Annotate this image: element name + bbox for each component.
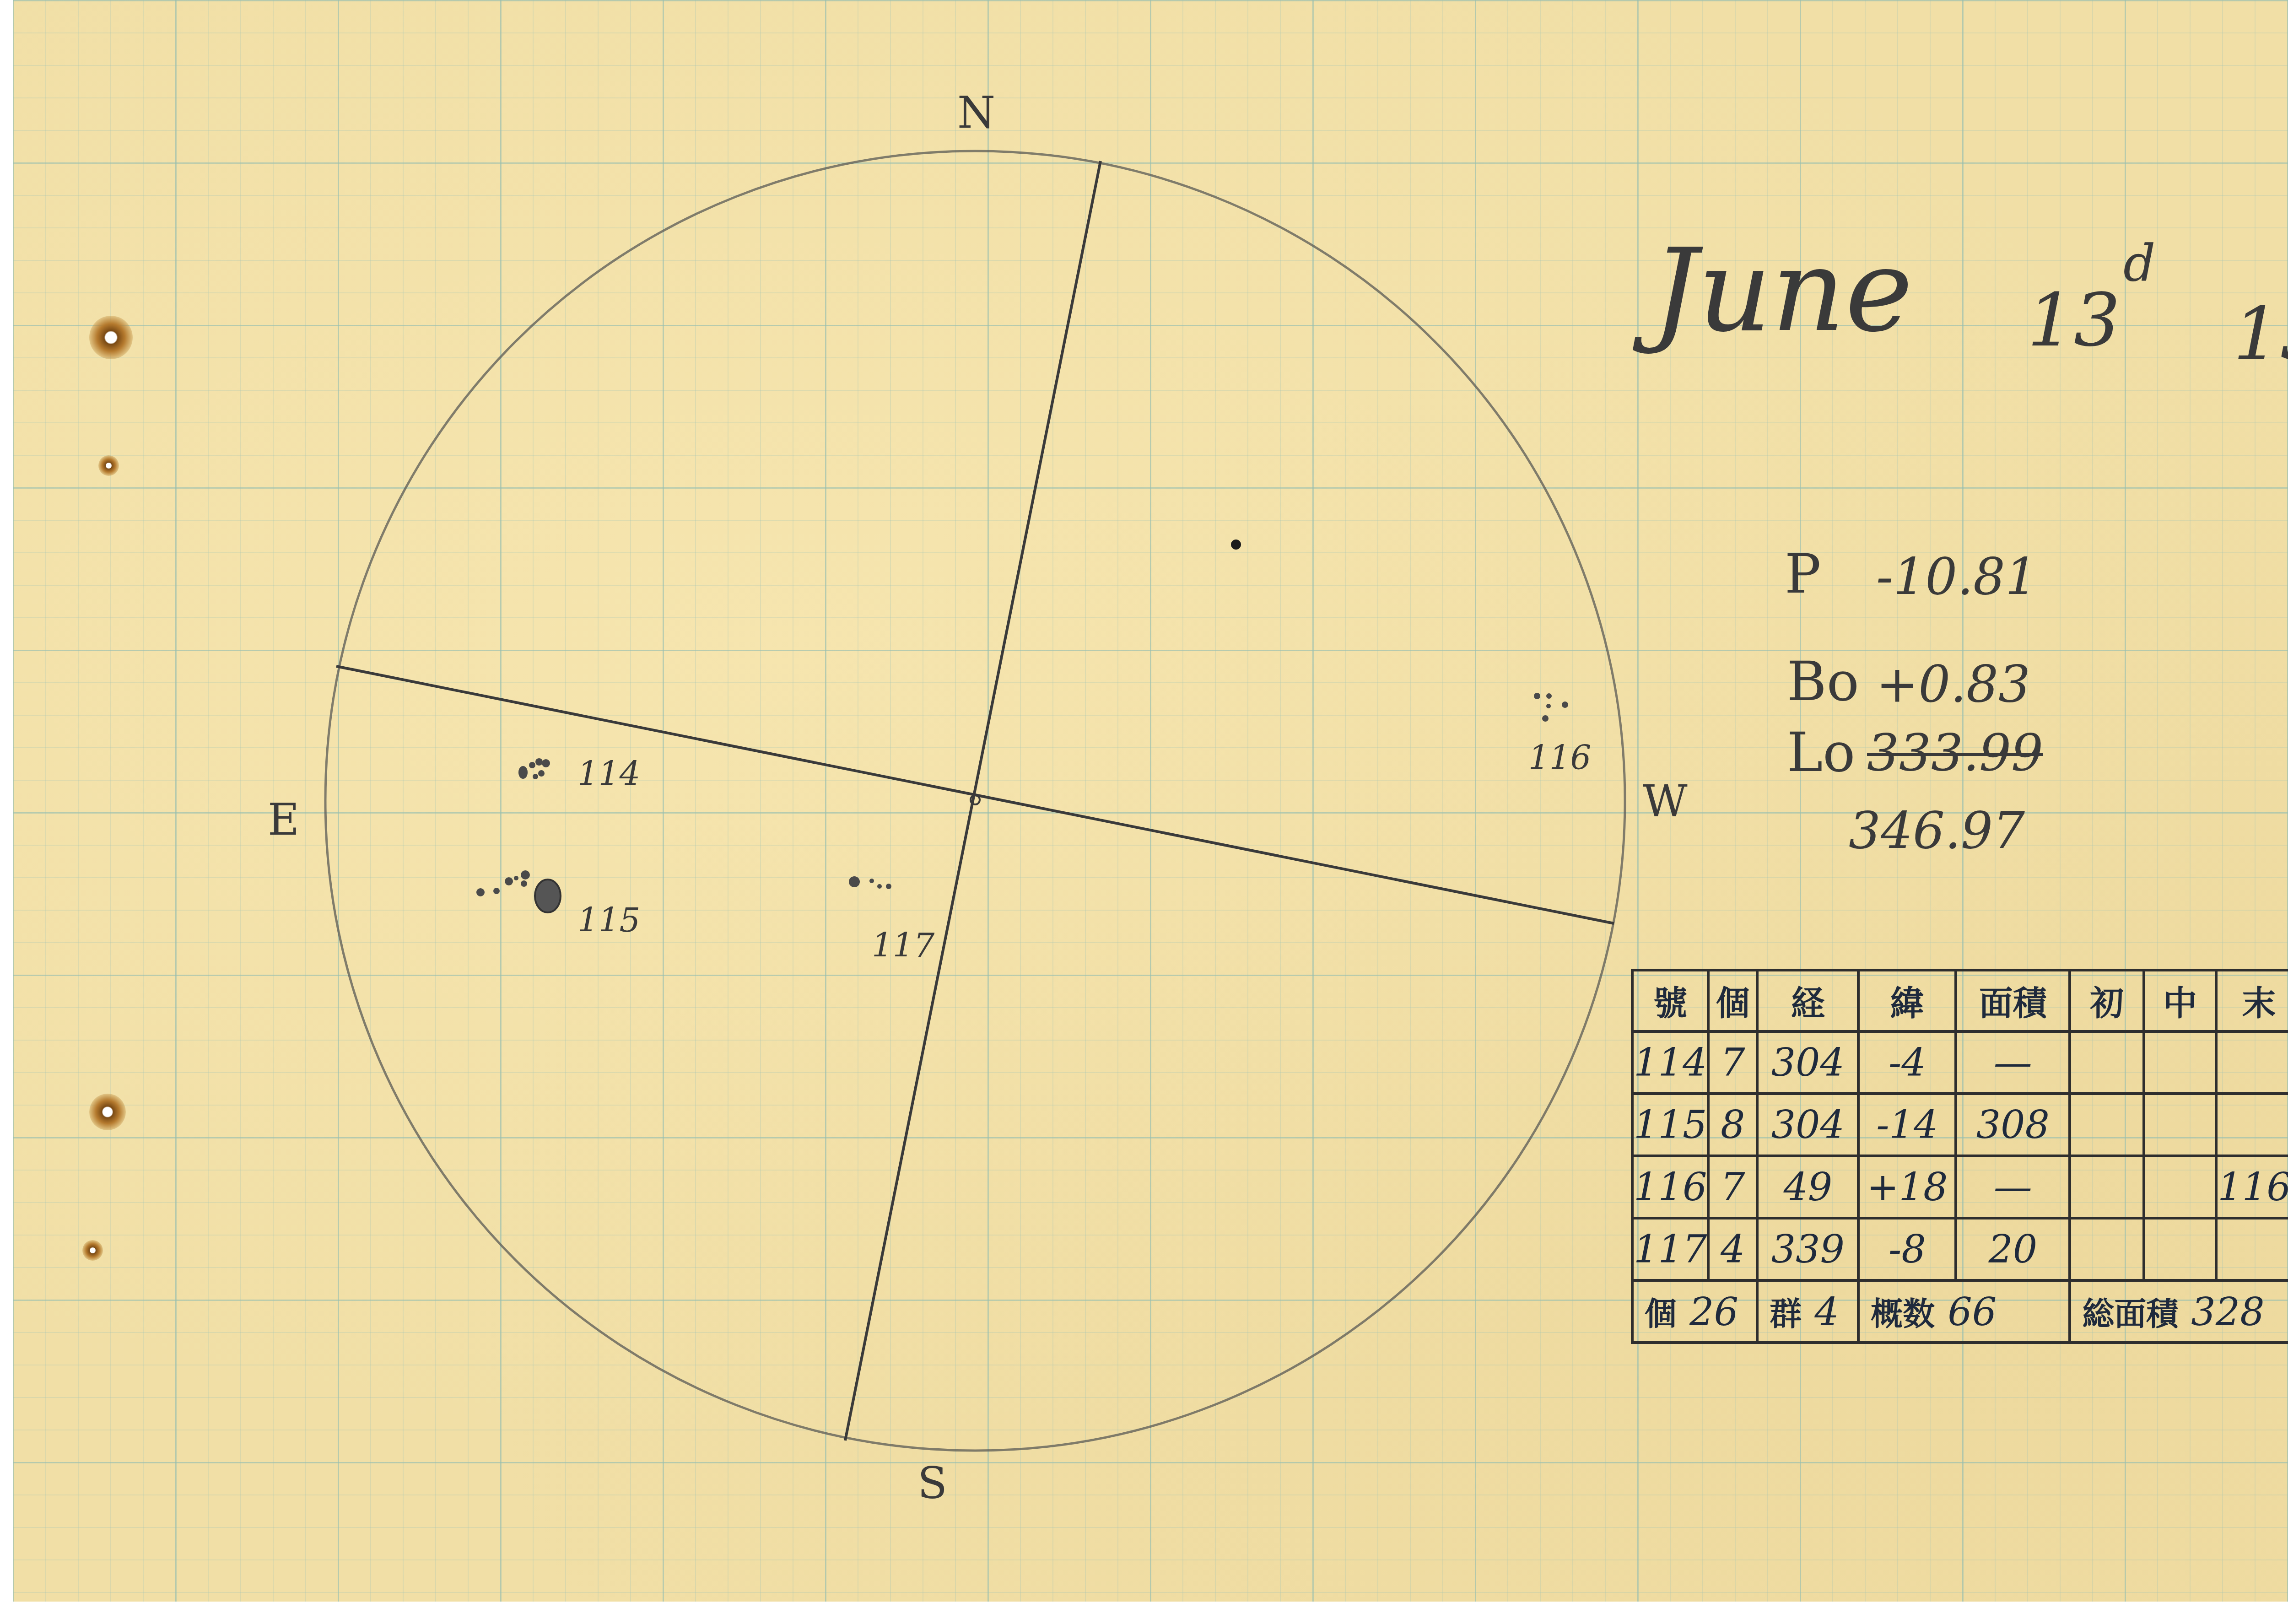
- b0-value: +0.83: [1876, 659, 2030, 709]
- l0-value: 346.97: [1849, 805, 2025, 856]
- direction-east-label: E: [268, 799, 299, 842]
- table-row: 115 8 304 -14 308: [1632, 1094, 2288, 1156]
- total-spots-label: 個: [1645, 1295, 1677, 1333]
- cell-area: —: [1956, 1031, 2070, 1094]
- relative-number-value: 66: [1948, 1289, 1997, 1334]
- cell-latitude: -4: [1858, 1031, 1956, 1094]
- sunspot-group-114: [518, 758, 550, 779]
- cell-area: 20: [1956, 1218, 2070, 1280]
- cell-longitude: 304: [1757, 1094, 1858, 1156]
- total-area-value: 328: [2191, 1289, 2264, 1334]
- header-first: 初: [2070, 970, 2144, 1031]
- total-area-label: 総面積: [2082, 1295, 2178, 1333]
- cell-longitude: 304: [1757, 1031, 1858, 1094]
- cell-longitude: 339: [1757, 1218, 1858, 1280]
- polar-axis-line: [845, 161, 1101, 1441]
- cell-first: [2070, 1094, 2144, 1156]
- header-longitude: 経: [1757, 970, 1858, 1031]
- cell-last: [2216, 1218, 2288, 1280]
- cell-middle: [2144, 1218, 2216, 1280]
- cell-last: [2216, 1031, 2288, 1094]
- sunspot-group-117: [849, 876, 891, 889]
- header-area: 面積: [1956, 970, 2070, 1031]
- cell-number: 115: [1632, 1094, 1708, 1156]
- table-row: 116 7 49 +18 — 116: [1632, 1156, 2288, 1218]
- group-label-116: 116: [1528, 741, 1591, 774]
- total-groups-cell: 群4: [1757, 1280, 1858, 1343]
- l0-label: Lo: [1787, 725, 1855, 779]
- header-number: 號: [1632, 970, 1708, 1031]
- group-label-117: 117: [872, 929, 934, 962]
- header-latitude: 緯: [1858, 970, 1956, 1031]
- p-angle-value: -10.81: [1876, 551, 2037, 602]
- relative-number-cell: 概数66: [1858, 1280, 2070, 1343]
- cell-middle: [2144, 1156, 2216, 1218]
- total-spots-value: 26: [1689, 1289, 1738, 1334]
- cell-count: 8: [1708, 1094, 1757, 1156]
- table-row: 117 4 339 -8 20: [1632, 1218, 2288, 1280]
- cell-first: [2070, 1031, 2144, 1094]
- cell-longitude: 49: [1757, 1156, 1858, 1218]
- cell-latitude: +18: [1858, 1156, 1956, 1218]
- day-value: 13: [2027, 284, 2121, 357]
- sunspot-table: 號 個 経 緯 面積 初 中 末 114 7 304 -4 — 115 8 30…: [1631, 969, 2288, 1344]
- cell-number: 117: [1632, 1218, 1708, 1280]
- solar-disk-outline: [325, 151, 1625, 1451]
- group-label-114: 114: [577, 757, 640, 790]
- cell-number: 114: [1632, 1031, 1708, 1094]
- cell-count: 7: [1708, 1156, 1757, 1218]
- header-middle: 中: [2144, 970, 2216, 1031]
- month-label: June: [1652, 233, 1913, 348]
- l0-struck-value: 333.99: [1867, 728, 2043, 778]
- direction-west-label: W: [1643, 780, 1688, 824]
- hour-value: 15: [2233, 297, 2288, 371]
- total-groups-label: 群: [1770, 1295, 1802, 1333]
- sunspot-group-115: [476, 870, 561, 912]
- b0-label: Bo: [1787, 654, 1859, 708]
- cell-latitude: -8: [1858, 1218, 1956, 1280]
- cell-count: 7: [1708, 1031, 1757, 1094]
- cell-area: 308: [1956, 1094, 2070, 1156]
- table-header-row: 號 個 経 緯 面積 初 中 末: [1632, 970, 2288, 1031]
- stray-pencil-dot: [1231, 540, 1241, 550]
- sunspot-group-116: [1534, 693, 1568, 722]
- direction-south-label: S: [917, 1462, 947, 1505]
- total-spots-cell: 個26: [1632, 1280, 1757, 1343]
- header-count: 個: [1708, 970, 1757, 1031]
- table-row: 114 7 304 -4 —: [1632, 1031, 2288, 1094]
- cell-middle: [2144, 1031, 2216, 1094]
- cell-area: —: [1956, 1156, 2070, 1218]
- cell-latitude: -14: [1858, 1094, 1956, 1156]
- relative-number-label: 概数: [1871, 1295, 1935, 1333]
- cell-last: 116: [2216, 1156, 2288, 1218]
- cell-first: [2070, 1156, 2144, 1218]
- total-area-cell: 総面積328: [2070, 1280, 2288, 1343]
- direction-north-label: N: [957, 92, 995, 135]
- cell-middle: [2144, 1094, 2216, 1156]
- p-angle-label: P: [1785, 547, 1821, 601]
- cell-last: [2216, 1094, 2288, 1156]
- group-label-115: 115: [577, 904, 640, 937]
- table-totals-row: 個26 群4 概数66 総面積328: [1632, 1280, 2288, 1343]
- cell-number: 116: [1632, 1156, 1708, 1218]
- cell-count: 4: [1708, 1218, 1757, 1280]
- cell-first: [2070, 1218, 2144, 1280]
- header-last: 末: [2216, 970, 2288, 1031]
- day-unit: d: [2123, 238, 2155, 288]
- total-groups-value: 4: [1814, 1289, 1839, 1334]
